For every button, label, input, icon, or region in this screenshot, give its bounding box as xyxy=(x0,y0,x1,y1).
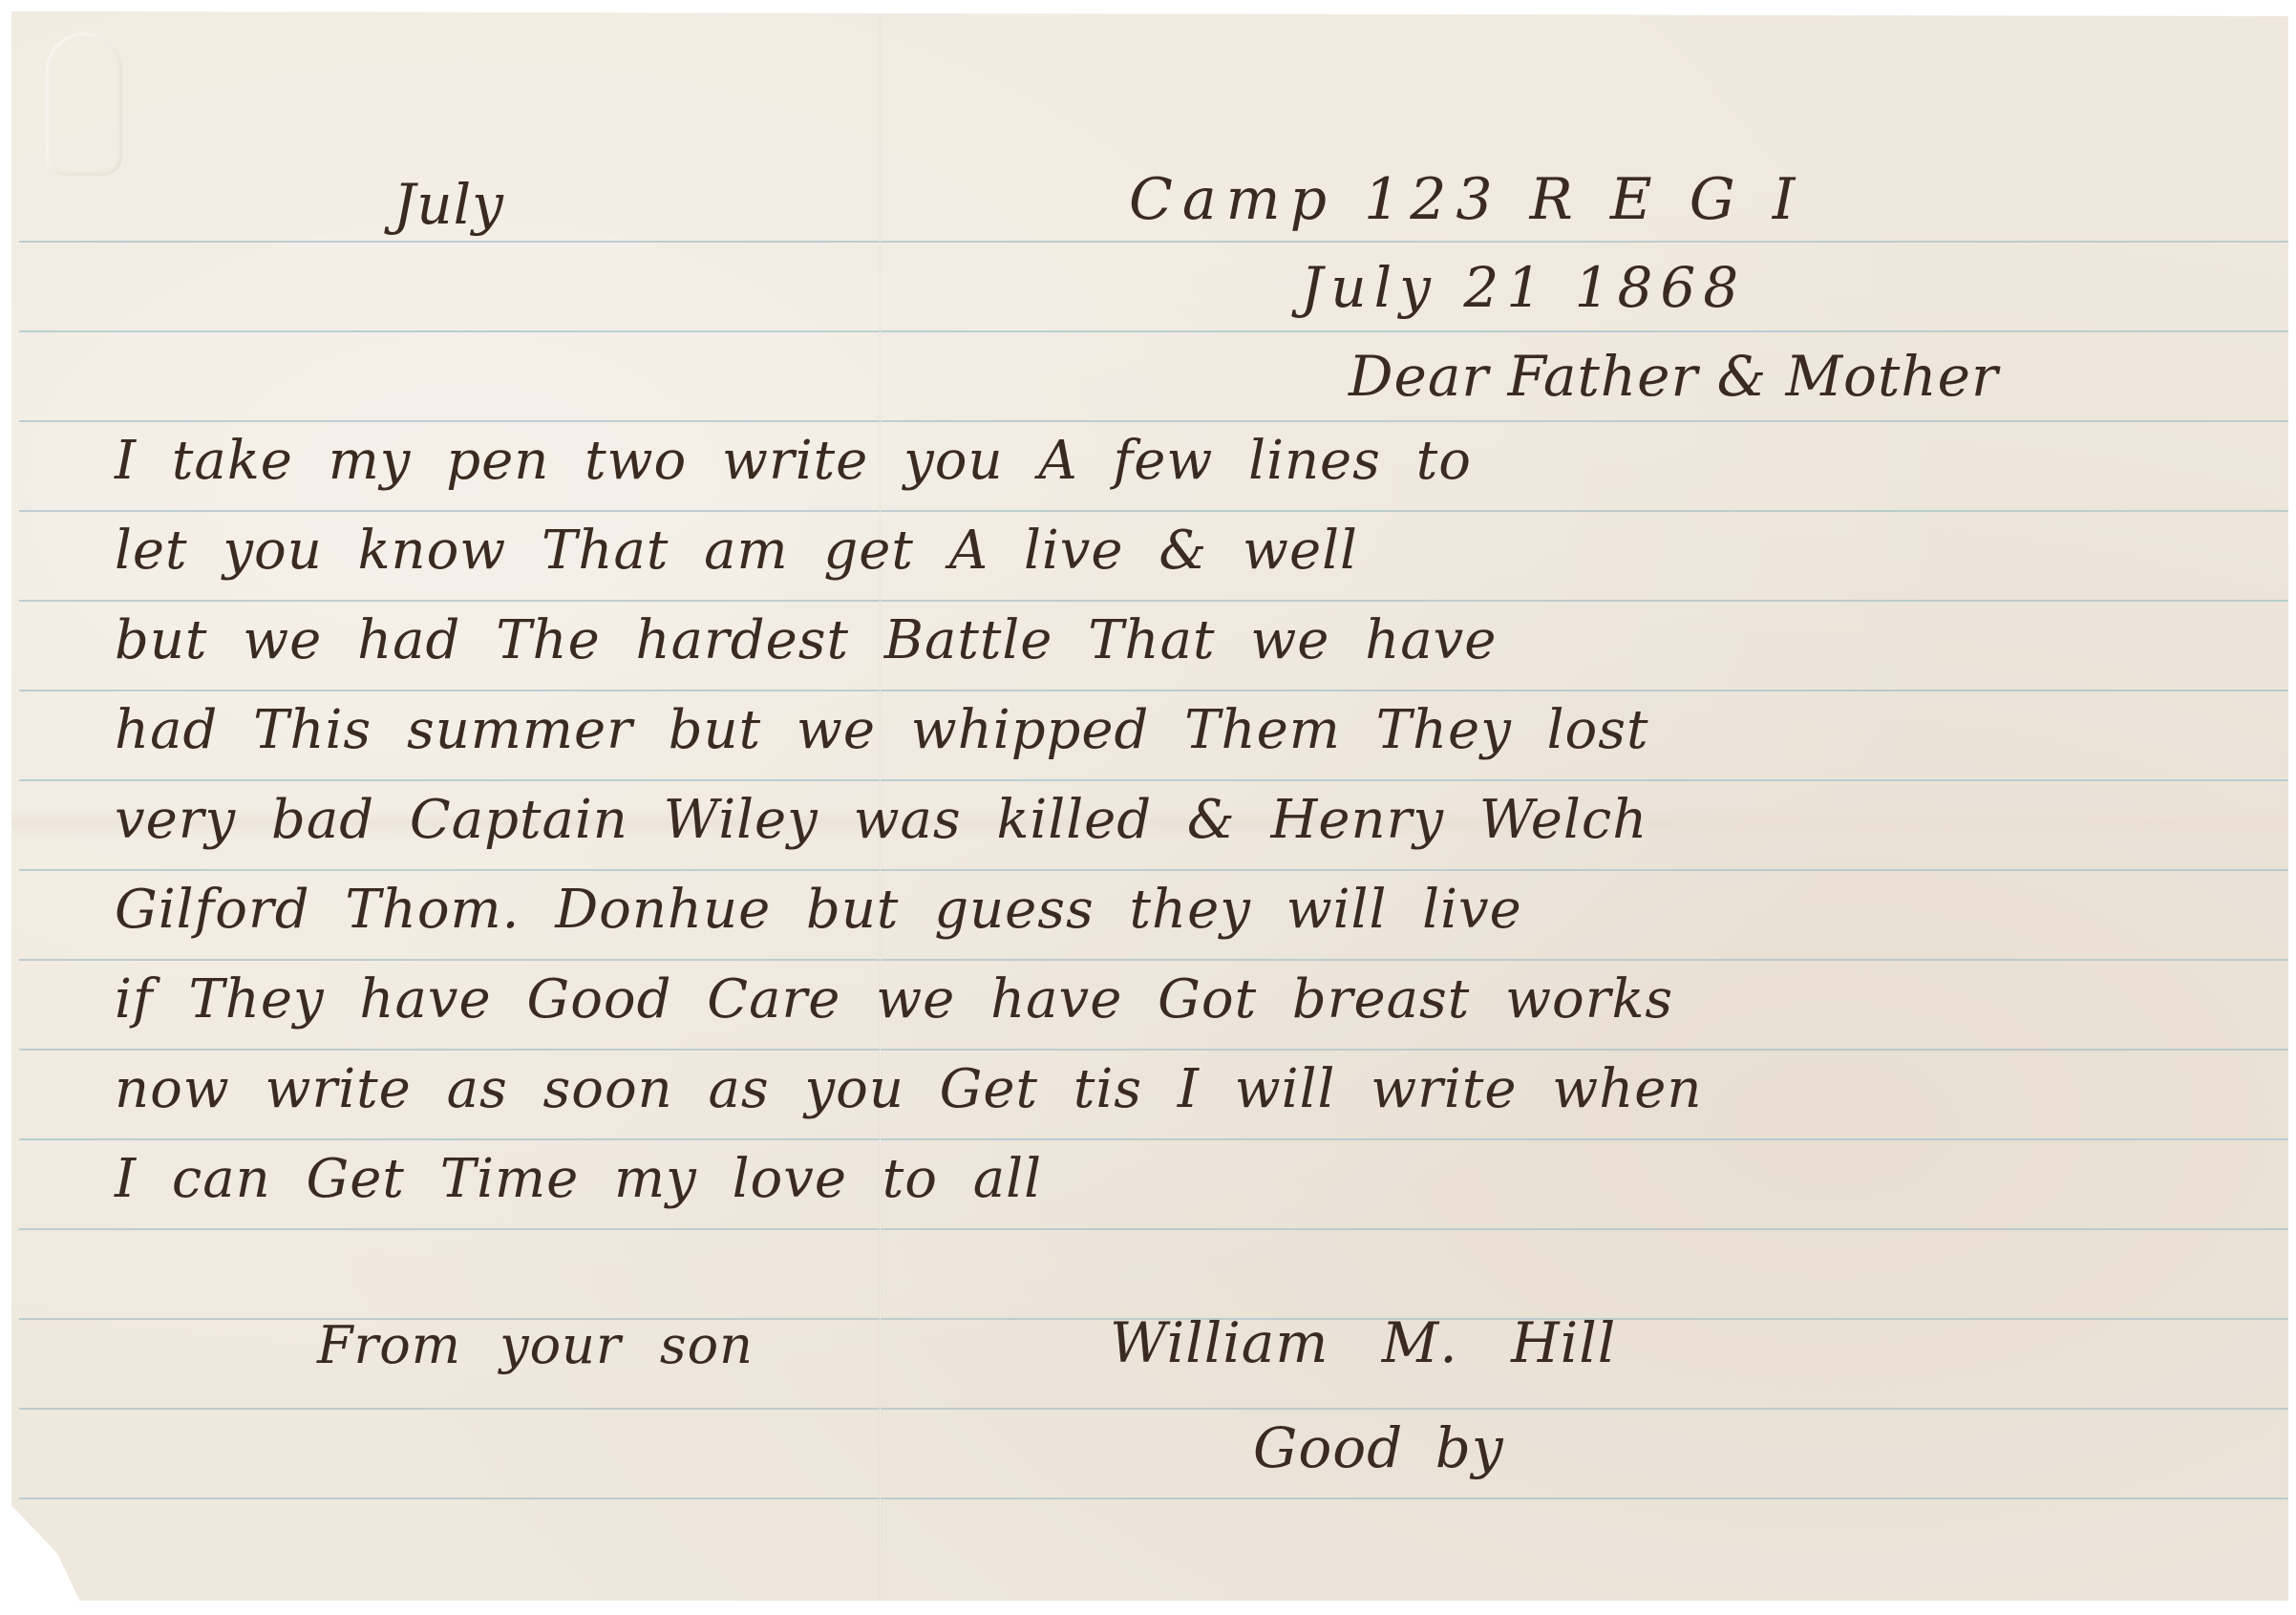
body-line: I take my pen two write you A few lines … xyxy=(115,430,1472,492)
ruled-line xyxy=(19,1228,2288,1230)
body-line: now write as soon as you Get tis I will … xyxy=(115,1058,1702,1120)
ruled-line xyxy=(19,959,2288,961)
closing: From your son xyxy=(317,1315,754,1375)
salutation: Dear Father & Mother xyxy=(1349,344,1999,409)
ruled-line xyxy=(19,330,2288,332)
ruled-line xyxy=(19,779,2288,781)
ruled-line xyxy=(19,1049,2288,1051)
ruled-line xyxy=(19,1408,2288,1410)
body-line: if They have Good Care we have Got breas… xyxy=(115,968,1673,1031)
embossed-stamp xyxy=(46,32,122,176)
ruled-line xyxy=(19,510,2288,512)
body-line: Gilford Thom. Donhue but guess they will… xyxy=(115,879,1522,941)
body-line: let you know That am get A live & well xyxy=(115,520,1358,582)
body-line: very bad Captain Wiley was killed & Henr… xyxy=(115,789,1648,851)
signature: William M. Hill xyxy=(1110,1310,1616,1375)
body-line: I can Get Time my love to all xyxy=(115,1148,1042,1210)
ruled-line xyxy=(19,690,2288,691)
letter-paper: July Camp 123 R E G I July 21 1868 Dear … xyxy=(11,11,2288,1601)
camp-location: Camp 123 R E G I xyxy=(1129,166,1804,233)
ruled-line xyxy=(19,1138,2288,1140)
letter-date: July 21 1868 xyxy=(1301,255,1746,320)
ruled-line xyxy=(19,600,2288,602)
ruled-line xyxy=(19,241,2288,243)
month-note: July xyxy=(393,172,504,237)
ruled-line xyxy=(19,420,2288,422)
body-line: but we had The hardest Battle That we ha… xyxy=(115,609,1497,671)
ruled-line xyxy=(19,869,2288,871)
body-line: had This summer but we whipped Them They… xyxy=(115,699,1649,761)
farewell: Good by xyxy=(1253,1415,1504,1480)
ruled-line xyxy=(19,1498,2288,1499)
